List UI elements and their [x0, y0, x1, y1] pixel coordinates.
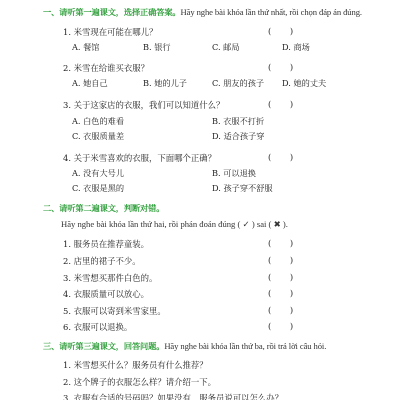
s1-q2-option-c[interactable]: C. 朋友的孩子 [212, 78, 264, 89]
s2-answer-blank-5[interactable]: ( ) [268, 305, 301, 315]
section-1-title-cn: 一、请听第一遍课文，选择正确答案。 [43, 7, 181, 17]
s1-q2-option-a[interactable]: A. 她自己 [72, 78, 108, 89]
s2-statement-3: 3. 米雪想买那件白色的。 [63, 272, 157, 284]
section-2-instruction: Hãy nghe bài khóa lần thứ hai, rồi phán … [61, 219, 288, 230]
s1-q2-option-b[interactable]: B. 她的儿子 [143, 78, 187, 89]
s1-question-4: 4. 关于米雪喜欢的衣服，下面哪个正确？ [63, 152, 216, 164]
s2-answer-blank-3[interactable]: ( ) [268, 272, 301, 282]
section-1-title: 一、请听第一遍课文，选择正确答案。Hãy nghe bài khóa lần t… [43, 7, 362, 18]
s1-question-2: 2. 米雪在给谁买衣服？ [63, 62, 149, 74]
s1-q4-option-a[interactable]: A. 没有大号儿 [72, 168, 124, 179]
s1-question-1: 1. 米雪现在可能在哪儿？ [63, 26, 157, 38]
s2-statement-6: 6. 衣服可以退换。 [63, 321, 132, 333]
s1-q1-option-c[interactable]: C. 邮局 [212, 42, 240, 53]
s1-q4-option-c[interactable]: C. 衣服是黑的 [72, 183, 124, 194]
s1-q3-option-b[interactable]: B. 衣服不打折 [212, 116, 264, 127]
s1-q1-option-b[interactable]: B. 银行 [143, 42, 171, 53]
s2-answer-blank-4[interactable]: ( ) [268, 288, 301, 298]
s2-statement-2: 2. 店里的裙子不少。 [63, 255, 141, 267]
section-3-title-vi: Hãy nghe bài khóa lần thứ ba, rồi trả lờ… [164, 341, 326, 351]
s2-statement-4: 4. 衣服质量可以放心。 [63, 288, 149, 300]
s1-answer-blank-4[interactable]: ( ) [268, 152, 301, 162]
s1-q3-option-c[interactable]: C. 衣服质量差 [72, 131, 124, 142]
s1-question-3: 3. 关于这家店的衣服，我们可以知道什么？ [63, 99, 224, 111]
s1-q1-option-d[interactable]: D. 商场 [282, 42, 310, 53]
s1-answer-blank-1[interactable]: ( ) [268, 26, 301, 36]
s1-q1-option-a[interactable]: A. 餐馆 [72, 42, 100, 53]
s2-answer-blank-1[interactable]: ( ) [268, 238, 301, 248]
section-2-title: 二、请听第二遍课文，判断对错。 [43, 203, 164, 214]
s3-question-3: 3. 衣服有合适的号码吗？如果没有，服务员说可以怎么办？ [63, 392, 283, 400]
s1-q3-option-d[interactable]: D. 适合孩子穿 [212, 131, 264, 142]
s3-question-1: 1. 米雪想买什么？服务员有什么推荐？ [63, 359, 208, 371]
s1-q3-option-a[interactable]: A. 白色的难看 [72, 116, 124, 127]
s2-answer-blank-2[interactable]: ( ) [268, 255, 301, 265]
section-3-title: 三、请听第三遍课文，回答问题。Hãy nghe bài khóa lần thứ… [43, 341, 326, 352]
section-3-title-cn: 三、请听第三遍课文，回答问题。 [43, 341, 164, 351]
s3-question-2: 2. 这个牌子的衣服怎么样？请介绍一下。 [63, 376, 216, 388]
section-2-title-cn: 二、请听第二遍课文，判断对错。 [43, 203, 164, 213]
s2-statement-1: 1. 服务员在推荐童装。 [63, 238, 149, 250]
section-1-title-vi: Hãy nghe bài khóa lần thứ nhất, rồi chọn… [181, 7, 362, 17]
s2-answer-blank-6[interactable]: ( ) [268, 321, 301, 331]
s1-q4-option-b[interactable]: B. 可以退换 [212, 168, 256, 179]
s1-q4-option-d[interactable]: D. 孩子穿不舒服 [212, 183, 273, 194]
s1-answer-blank-3[interactable]: ( ) [268, 99, 301, 109]
s1-q2-option-d[interactable]: D. 她的丈夫 [282, 78, 326, 89]
s2-statement-5: 5. 衣服可以寄到米雪家里。 [63, 305, 166, 317]
s1-answer-blank-2[interactable]: ( ) [268, 62, 301, 72]
